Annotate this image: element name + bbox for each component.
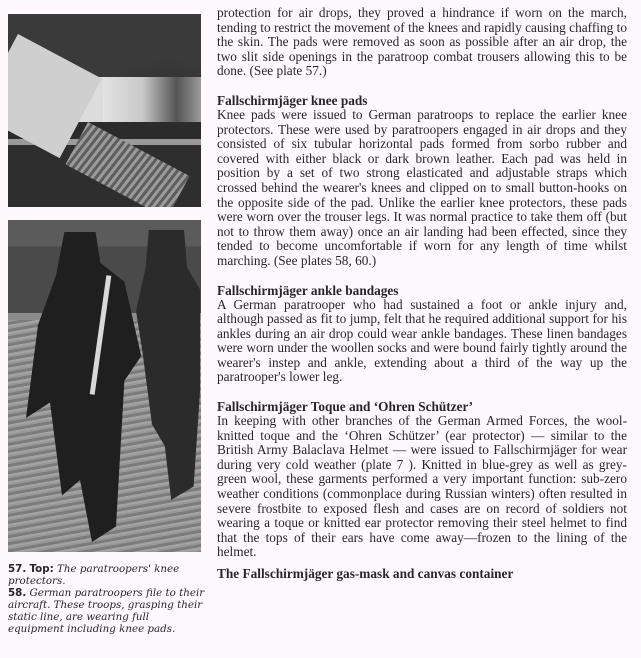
- knee-protectors-photo: [8, 14, 201, 207]
- paragraph-toque: In keeping with other branches of the Ge…: [217, 414, 627, 560]
- heading-knee-pads: Fallschirmjäger knee pads: [217, 93, 627, 108]
- paragraph-knee-pads: Knee pads were issued to German paratroo…: [217, 108, 627, 269]
- paragraph-continuation: protection for air drops, they proved a …: [217, 6, 627, 79]
- heading-toque: Fallschirmjäger Toque and ‘Ohren Schütze…: [217, 399, 627, 414]
- caption-item-58: 58. German paratroopers file to their ai…: [8, 587, 208, 635]
- caption-item-57: 57. Top: The paratroopers' knee protecto…: [8, 563, 208, 587]
- photo-knitted-sock: [65, 122, 189, 207]
- paratroopers-file-photo: [8, 220, 201, 552]
- paragraph-ankle-bandages: A German paratrooper who had sustained a…: [217, 298, 627, 386]
- photo-background-board: [103, 77, 201, 122]
- caption-text: German paratroopers file to their aircra…: [8, 587, 204, 635]
- caption-label: Top:: [30, 563, 54, 575]
- caption-number: 58.: [8, 587, 26, 599]
- caption-number: 57.: [8, 563, 26, 575]
- heading-ankle-bandages: Fallschirmjäger ankle bandages: [217, 283, 627, 298]
- heading-gas-mask: The Fallschirmjäger gas-mask and canvas …: [217, 566, 627, 581]
- body-text-column: protection for air drops, they proved a …: [217, 6, 627, 581]
- figure-caption: 57. Top: The paratroopers' knee protecto…: [8, 563, 208, 635]
